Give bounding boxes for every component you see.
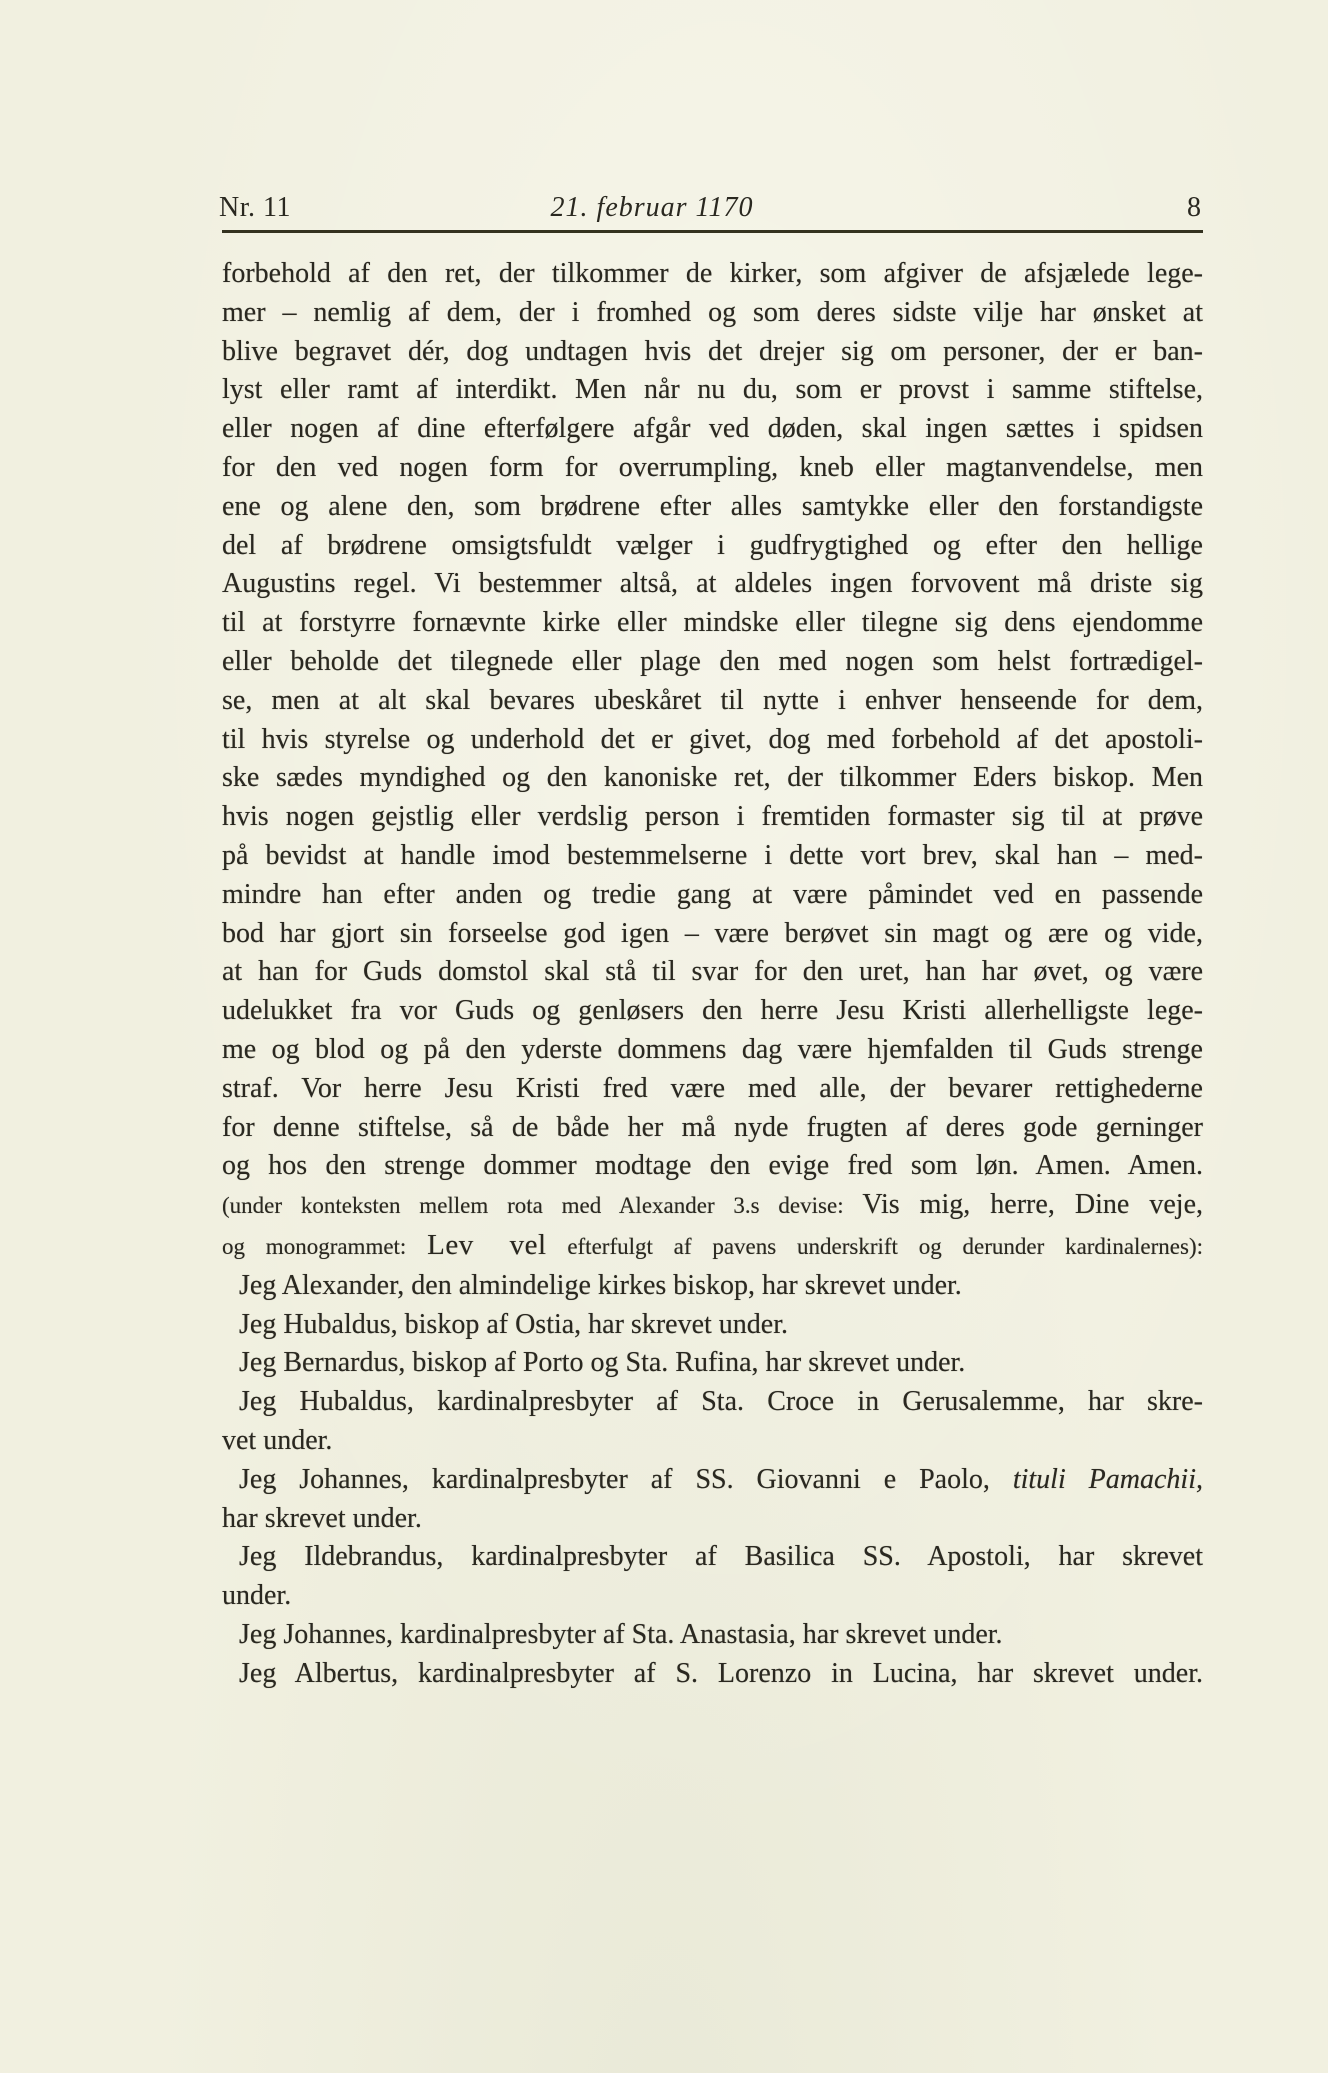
text-segment: på bevidst at handle imod bestemmelserne… [222, 840, 1203, 871]
text-segment: har skrevet under. [222, 1503, 422, 1534]
text-line: har skrevet under. [222, 1500, 1203, 1539]
italic-phrase: tituli Pamachii, [1013, 1464, 1203, 1495]
editorial-note-segment: (under konteksten mellem rota med Alexan… [222, 1193, 862, 1218]
text-segment: for denne stiftelse, så de både her må n… [222, 1112, 1203, 1143]
text-segment: blive begravet dér, dog undtagen hvis de… [222, 336, 1203, 367]
text-segment: at han for Guds domstol skal stå til sva… [222, 956, 1203, 987]
text-line: på bevidst at handle imod bestemmelserne… [222, 837, 1203, 876]
page-content: Nr. 11 21. februar 1170 8 forbehold af d… [222, 192, 1203, 1693]
text-segment: for den ved nogen form for overrumpling,… [222, 452, 1203, 483]
document-number: Nr. 11 [219, 192, 291, 224]
text-segment: mindre han efter anden og tredie gang at… [222, 879, 1203, 910]
text-line: straf. Vor herre Jesu Kristi fred være m… [222, 1070, 1203, 1109]
text-segment: straf. Vor herre Jesu Kristi fred være m… [222, 1073, 1203, 1104]
text-line: at han for Guds domstol skal stå til sva… [222, 953, 1203, 992]
text-segment: bod har gjort sin forseelse god igen – v… [222, 918, 1203, 949]
text-segment: til at forstyrre fornævnte kirke eller m… [222, 607, 1203, 638]
text-line: lyst eller ramt af interdikt. Men når nu… [222, 371, 1203, 410]
text-segment: del af brødrene omsigtsfuldt vælger i gu… [222, 530, 1203, 561]
text-line: Jeg Ildebrandus, kardinalpresbyter af Ba… [222, 1538, 1203, 1577]
text-line: ene og alene den, som brødrene efter all… [222, 488, 1203, 527]
text-segment: under. [222, 1580, 291, 1611]
text-line: Jeg Johannes, kardinalpresbyter af Sta. … [222, 1616, 1203, 1655]
editorial-note-segment: og monogrammet: [222, 1234, 427, 1259]
text-segment: lyst eller ramt af interdikt. Men når nu… [222, 374, 1203, 405]
text-line: til at forstyrre fornævnte kirke eller m… [222, 604, 1203, 643]
text-line: Jeg Hubaldus, kardinalpresbyter af Sta. … [222, 1383, 1203, 1422]
text-line: del af brødrene omsigtsfuldt vælger i gu… [222, 527, 1203, 566]
text-segment: forbehold af den ret, der tilkommer de k… [222, 258, 1203, 289]
text-line: Augustins regel. Vi bestemmer altså, at … [222, 565, 1203, 604]
text-segment: Lev vel [427, 1229, 546, 1261]
text-line: blive begravet dér, dog undtagen hvis de… [222, 333, 1203, 372]
text-segment: Jeg Albertus, kardinalpresbyter af S. Lo… [239, 1658, 1203, 1689]
text-segment: Jeg Hubaldus, kardinalpresbyter af Sta. … [239, 1386, 1203, 1417]
text-line: mer – nemlig af dem, der i fromhed og so… [222, 294, 1203, 333]
text-line: eller beholde det tilegnede eller plage … [222, 643, 1203, 682]
text-segment: til hvis styrelse og underhold det er gi… [222, 724, 1203, 755]
page-number: 8 [1187, 192, 1201, 224]
text-line: Jeg Bernardus, biskop af Porto og Sta. R… [222, 1344, 1203, 1383]
scanned-book-page: Nr. 11 21. februar 1170 8 forbehold af d… [0, 0, 1328, 2073]
text-line: for den ved nogen form for overrumpling,… [222, 449, 1203, 488]
text-line: bod har gjort sin forseelse god igen – v… [222, 915, 1203, 954]
text-segment: udelukket fra vor Guds og genløsers den … [222, 995, 1203, 1026]
text-segment: og hos den strenge dommer modtage den ev… [222, 1150, 1203, 1181]
text-segment: eller beholde det tilegnede eller plage … [222, 646, 1203, 677]
text-line: Jeg Alexander, den almindelige kirkes bi… [222, 1267, 1203, 1306]
text-line: for denne stiftelse, så de både her må n… [222, 1109, 1203, 1148]
text-segment: Vis mig, herre, Dine veje, [862, 1189, 1203, 1220]
header-rule [222, 230, 1203, 233]
text-segment: Jeg Ildebrandus, kardinalpresbyter af Ba… [239, 1541, 1203, 1572]
text-segment: Jeg Hubaldus, biskop af Ostia, har skrev… [239, 1309, 788, 1340]
document-date: 21. februar 1170 [551, 192, 754, 224]
text-segment: eller nogen af dine efterfølgere afgår v… [222, 413, 1203, 444]
text-line: me og blod og på den yderste dommens dag… [222, 1031, 1203, 1070]
text-line: Jeg Albertus, kardinalpresbyter af S. Lo… [222, 1655, 1203, 1694]
text-segment: Jeg Johannes, kardinalpresbyter af SS. G… [239, 1464, 1013, 1495]
text-line: til hvis styrelse og underhold det er gi… [222, 721, 1203, 760]
text-segment: se, men at alt skal bevares ubeskåret ti… [222, 685, 1203, 716]
text-segment: ske sædes myndighed og den kanoniske ret… [222, 762, 1203, 793]
page-header: Nr. 11 21. februar 1170 8 [222, 192, 1203, 224]
text-line: se, men at alt skal bevares ubeskåret ti… [222, 682, 1203, 721]
text-segment: mer – nemlig af dem, der i fromhed og so… [222, 297, 1203, 328]
text-line: ske sædes myndighed og den kanoniske ret… [222, 759, 1203, 798]
text-line: eller nogen af dine efterfølgere afgår v… [222, 410, 1203, 449]
text-segment: Jeg Alexander, den almindelige kirkes bi… [239, 1270, 962, 1301]
text-segment: ene og alene den, som brødrene efter all… [222, 491, 1203, 522]
text-line: vet under. [222, 1422, 1203, 1461]
text-segment: Jeg Johannes, kardinalpresbyter af Sta. … [239, 1619, 1003, 1650]
text-line: Jeg Johannes, kardinalpresbyter af SS. G… [222, 1461, 1203, 1500]
text-line: Jeg Hubaldus, biskop af Ostia, har skrev… [222, 1306, 1203, 1345]
text-line: mindre han efter anden og tredie gang at… [222, 876, 1203, 915]
text-line: hvis nogen gejstlig eller verdslig perso… [222, 798, 1203, 837]
text-segment: Augustins regel. Vi bestemmer altså, at … [222, 568, 1203, 599]
text-line: og hos den strenge dommer modtage den ev… [222, 1147, 1203, 1186]
text-segment: Jeg Bernardus, biskop af Porto og Sta. R… [239, 1347, 965, 1378]
text-line: under. [222, 1577, 1203, 1616]
text-segment: me og blod og på den yderste dommens dag… [222, 1034, 1203, 1065]
document-text: forbehold af den ret, der tilkommer de k… [222, 255, 1203, 1693]
text-line: og monogrammet: Lev vel efterfulgt af pa… [222, 1226, 1203, 1267]
text-line: (under konteksten mellem rota med Alexan… [222, 1186, 1203, 1226]
text-line: udelukket fra vor Guds og genløsers den … [222, 992, 1203, 1031]
text-segment: hvis nogen gejstlig eller verdslig perso… [222, 801, 1203, 832]
text-line: forbehold af den ret, der tilkommer de k… [222, 255, 1203, 294]
editorial-note-segment: efterfulgt af pavens underskrift og deru… [547, 1234, 1204, 1259]
text-segment: vet under. [222, 1425, 332, 1456]
